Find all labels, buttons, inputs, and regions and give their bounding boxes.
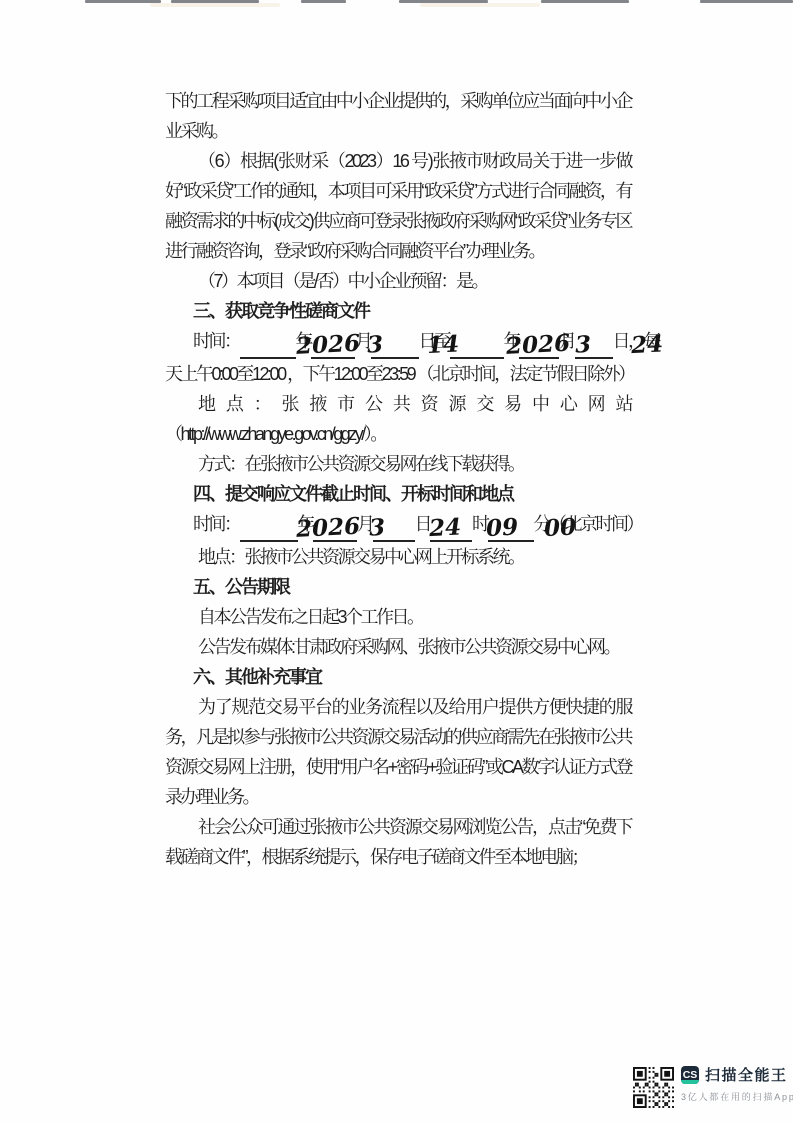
qr-code	[633, 1067, 674, 1108]
paragraph: 天上午0:00至12:00 ，下午12:00至23:59 （北京时间，法定节假日…	[165, 359, 631, 389]
paragraph: 社会公众可通过张掖市公共资源交易网浏览公告，点击“免费下载磋商文件”，根据系统提…	[165, 812, 631, 872]
scan-artifact-dash	[541, 0, 629, 3]
handwritten-value: 24	[602, 331, 663, 360]
handwritten-field: 2026	[240, 331, 296, 359]
camscanner-watermark: CS 扫描全能王 3亿人都在用的扫描App	[633, 1064, 793, 1108]
handwritten-value: 3	[546, 332, 591, 360]
section-heading: 三、获取竞争性磋商文件	[165, 296, 631, 326]
scan-artifact-smudge	[420, 3, 540, 7]
printed-text: 时间：	[193, 331, 240, 351]
paragraph: 公告发布媒体:甘肃政府采购网、张掖市公共资源交易中心网。	[165, 632, 631, 662]
date-line: 时间：2026年3月14日至2026年3月24日，每	[165, 326, 631, 359]
section-heading: 六、其他补充事宜	[165, 662, 631, 692]
scan-artifact-dash	[85, 0, 161, 3]
scan-artifact-dash	[700, 0, 793, 3]
handwritten-value: 00	[515, 514, 576, 543]
camscanner-tagline: 3亿人都在用的扫描App	[681, 1090, 793, 1103]
handwritten-value: 24	[400, 514, 461, 543]
paragraph: 地点：张掖市公共资源交易中心网上开标系统。	[165, 542, 631, 572]
camscanner-app-name: 扫描全能王	[705, 1064, 788, 1085]
handwritten-value: 09	[457, 514, 518, 543]
paragraph: （7）本项目（是/否）中小企业预留：是。	[165, 266, 631, 296]
scanned-document-page: 下的工程采购项目适宜由中小企业提供的，采购单位应当面向中小企业采购。（6）根据(…	[0, 0, 793, 1122]
camscanner-logo-icon: CS	[681, 1066, 699, 1084]
camscanner-branding: CS 扫描全能王 3亿人都在用的扫描App	[681, 1064, 793, 1103]
scan-artifact-dash	[301, 0, 346, 3]
paragraph: 方式：在张掖市公共资源交易网在线下载获得。	[165, 449, 631, 479]
document-body: 下的工程采购项目适宜由中小企业提供的，采购单位应当面向中小企业采购。（6）根据(…	[165, 86, 631, 872]
handwritten-value: 14	[398, 331, 459, 360]
date-line: 时间：2026年3月24日09时00分（北京时间）	[165, 509, 631, 542]
paragraph: （6）根据(张财采（2023）16 号)张掖市财政局关于进一步做好“政采贷”工作…	[165, 146, 631, 266]
paragraph: 为了规范交易平台的业务流程以及给用户提供方便快捷的服务，凡是拟参与张掖市公共资源…	[165, 692, 631, 812]
paragraph: 地点：张掖市公共资源交易中心网站（http://www.zhangye.gov.…	[165, 389, 631, 449]
section-heading: 四、提交响应文件截止时间、开标时间和地点	[165, 479, 631, 509]
handwritten-value: 3	[340, 515, 385, 543]
printed-text: 时间：	[193, 514, 240, 534]
handwritten-value: 3	[338, 332, 383, 360]
handwritten-field: 2026	[240, 514, 298, 542]
paragraph: 自本公告发布之日起3个工作日。	[165, 602, 631, 632]
paragraph: 下的工程采购项目适宜由中小企业提供的，采购单位应当面向中小企业采购。	[165, 86, 631, 146]
scan-artifact-smudge	[150, 3, 280, 7]
section-heading: 五、公告期限	[165, 572, 631, 602]
